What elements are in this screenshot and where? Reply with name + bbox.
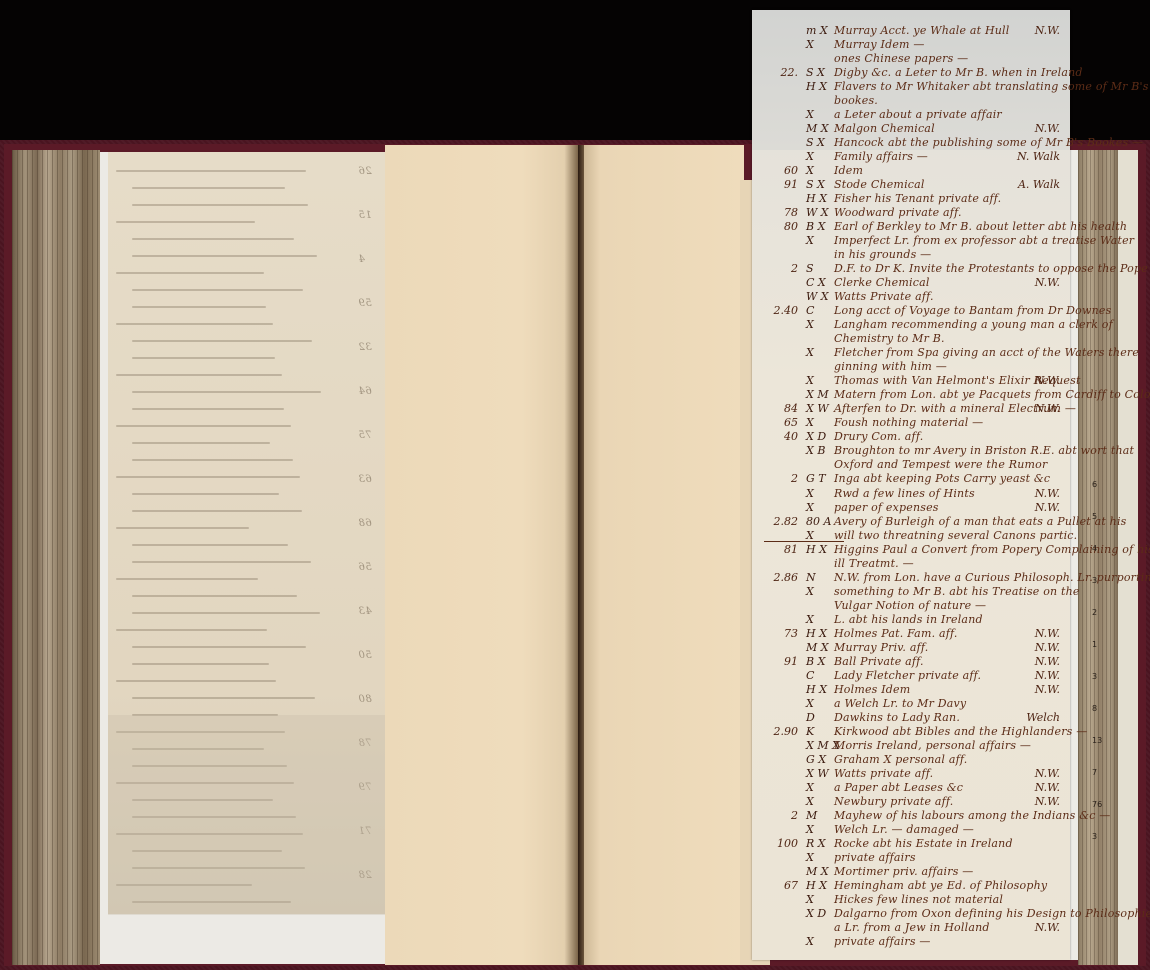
entry-text: D.F. to Dr K. Invite the Protestants to … bbox=[834, 262, 1148, 275]
entry-mark: H X bbox=[806, 543, 832, 556]
entry-mark: W X bbox=[806, 206, 832, 219]
bleed-through-line bbox=[132, 391, 321, 393]
entry-number: 2 bbox=[760, 262, 798, 275]
entry-mark: M X bbox=[806, 122, 832, 135]
bleed-through-line bbox=[132, 459, 293, 461]
entry-text: Newbury private aff. bbox=[834, 795, 953, 808]
left-leaf-lower-overlay bbox=[108, 715, 390, 915]
edge-number: 76 bbox=[1092, 800, 1102, 809]
entry-text: Flavers to Mr Whitaker abt translating s… bbox=[834, 80, 1149, 93]
entry-number: 67 bbox=[760, 879, 798, 892]
bleed-through-margin-number: 63 bbox=[358, 474, 372, 485]
bleed-through-line bbox=[116, 578, 258, 580]
bleed-through-margin-number: 68 bbox=[358, 518, 372, 529]
entry-mark: 80 A bbox=[806, 515, 832, 528]
entry-text: ones Chinese papers — bbox=[834, 52, 968, 65]
entry-text: Murray Acct. ye Whale at Hull bbox=[834, 24, 1010, 37]
entry-text: Stode Chemical bbox=[834, 178, 925, 191]
bleed-through-line bbox=[116, 374, 282, 376]
edge-number: 13 bbox=[1092, 736, 1102, 745]
bleed-through-line bbox=[132, 442, 270, 444]
entry-number: 2 bbox=[760, 809, 798, 822]
entry-text: Watts Private aff. bbox=[834, 290, 934, 303]
bleed-through-line bbox=[132, 646, 306, 648]
entry-text: Higgins Paul a Convert from Popery Compl… bbox=[834, 543, 1150, 556]
entry-text: Rocke abt his Estate in Ireland bbox=[834, 837, 1013, 850]
entry-mark: K bbox=[806, 725, 832, 738]
entry-note: N.W. bbox=[1035, 122, 1060, 135]
entry-mark: X B bbox=[806, 444, 832, 457]
entry-number: 40 bbox=[760, 430, 798, 443]
bleed-through-margin-number: 43 bbox=[358, 606, 372, 617]
entry-text: Ball Private aff. bbox=[834, 655, 924, 668]
entry-text: Fisher his Tenant private aff. bbox=[834, 192, 1001, 205]
entry-note: N.W. bbox=[1035, 501, 1060, 514]
bleed-through-margin-number: 15 bbox=[358, 210, 372, 221]
bleed-through-line bbox=[116, 170, 306, 172]
entry-mark: X bbox=[806, 781, 832, 794]
entry-mark: X bbox=[806, 150, 832, 163]
entry-text: something to Mr B. abt his Treatise on t… bbox=[834, 585, 1080, 598]
entry-text: Vulgar Notion of nature — bbox=[834, 599, 986, 612]
entry-text: Woodward private aff. bbox=[834, 206, 962, 219]
entry-note: N.W. bbox=[1035, 655, 1060, 668]
blank-guard-page-left bbox=[385, 145, 580, 965]
bleed-through-margin-number: 80 bbox=[358, 694, 372, 705]
entry-text: Graham X personal aff. bbox=[834, 753, 967, 766]
entry-number: 91 bbox=[760, 655, 798, 668]
entry-number: 2.82 bbox=[760, 515, 798, 528]
entry-mark: G T bbox=[806, 472, 832, 485]
entry-number: 2 bbox=[760, 472, 798, 485]
entry-number: 2.40 bbox=[760, 304, 798, 317]
entry-mark: X bbox=[806, 487, 832, 500]
edge-number: 4 bbox=[1092, 544, 1097, 553]
entry-mark: X bbox=[806, 108, 832, 121]
entry-note: N.W. bbox=[1035, 795, 1060, 808]
entry-text: Earl of Berkley to Mr B. about letter ab… bbox=[834, 220, 1127, 233]
left-page-block-edge bbox=[12, 150, 100, 965]
entry-text: Holmes Idem bbox=[834, 683, 910, 696]
entry-note: N.W. bbox=[1035, 683, 1060, 696]
entry-mark: X bbox=[806, 893, 832, 906]
entry-mark: X D bbox=[806, 430, 832, 443]
entry-mark: B X bbox=[806, 655, 832, 668]
entry-mark: X bbox=[806, 374, 832, 387]
blank-guard-page-right bbox=[584, 145, 744, 965]
entry-note: N.W. bbox=[1035, 781, 1060, 794]
bleed-through-line bbox=[132, 493, 279, 495]
edge-number: 5 bbox=[1092, 512, 1097, 521]
entry-mark: S X bbox=[806, 66, 832, 79]
entry-note: N.W. bbox=[1035, 669, 1060, 682]
entry-mark: X D bbox=[806, 907, 832, 920]
edge-number: 1 bbox=[1092, 640, 1097, 649]
edge-number: 3 bbox=[1092, 672, 1097, 681]
entry-text: a Welch Lr. to Mr Davy bbox=[834, 697, 966, 710]
entry-text: L. abt his lands in Ireland bbox=[834, 613, 983, 626]
entry-note: N.W. bbox=[1035, 487, 1060, 500]
entry-mark: B X bbox=[806, 220, 832, 233]
entry-note: N.W. bbox=[1035, 627, 1060, 640]
edge-number: 3 bbox=[1092, 832, 1097, 841]
entry-text: Kirkwood abt Bibles and the Highlanders … bbox=[834, 725, 1087, 738]
entry-mark: X bbox=[806, 164, 832, 177]
bleed-through-margin-number: 4 bbox=[358, 254, 365, 265]
entry-mark: H X bbox=[806, 627, 832, 640]
bleed-through-line bbox=[132, 306, 266, 308]
entry-mark: H X bbox=[806, 683, 832, 696]
entry-mark: X bbox=[806, 416, 832, 429]
entry-text: Lady Fletcher private aff. bbox=[834, 669, 981, 682]
entry-text: Family affairs — bbox=[834, 150, 928, 163]
entry-note: N.W. bbox=[1035, 24, 1060, 37]
entry-mark: C bbox=[806, 669, 832, 682]
entry-text: Holmes Pat. Fam. aff. bbox=[834, 627, 958, 640]
entry-text: Malgon Chemical bbox=[834, 122, 935, 135]
entry-text: Idem bbox=[834, 164, 863, 177]
entry-note: N.W. bbox=[1035, 921, 1060, 934]
bleed-through-line bbox=[132, 595, 297, 597]
entry-text: ill Treatmt. — bbox=[834, 557, 914, 570]
entry-mark: S X bbox=[806, 178, 832, 191]
bleed-through-line bbox=[132, 289, 303, 291]
bleed-through-margin-number: 64 bbox=[358, 386, 372, 397]
entry-text: Langham recommending a young man a clerk… bbox=[834, 318, 1113, 331]
entry-note: A. Walk bbox=[1018, 178, 1060, 191]
entry-mark: D bbox=[806, 711, 832, 724]
entry-text: Broughton to mr Avery in Briston R.E. ab… bbox=[834, 444, 1134, 457]
entry-text: private affairs — bbox=[834, 935, 931, 948]
entry-text: Long acct of Voyage to Bantam from Dr Do… bbox=[834, 304, 1111, 317]
entry-mark: X bbox=[806, 935, 832, 948]
entry-note: N.W. bbox=[1035, 402, 1060, 415]
bleed-through-margin-number: 56 bbox=[358, 562, 372, 573]
bleed-through-line bbox=[132, 697, 315, 699]
entry-mark: M X bbox=[806, 865, 832, 878]
entry-text: private affairs bbox=[834, 851, 916, 864]
entry-mark: X M bbox=[806, 388, 832, 401]
bleed-through-line bbox=[132, 544, 288, 546]
entry-number: 81 bbox=[760, 543, 798, 556]
bleed-through-margin-number: 26 bbox=[358, 166, 372, 177]
entry-mark: X bbox=[806, 501, 832, 514]
entry-number: 91 bbox=[760, 178, 798, 191]
entry-text: Matern from Lon. abt ye Pacquets from Ca… bbox=[834, 388, 1150, 401]
entry-text: Fletcher from Spa giving an acct of the … bbox=[834, 346, 1139, 359]
entry-text: bookes. bbox=[834, 94, 878, 107]
bleed-through-line bbox=[132, 187, 285, 189]
entry-mark: X bbox=[806, 823, 832, 836]
entry-note: N.W. bbox=[1035, 374, 1060, 387]
entry-text: a Lr. from a Jew in Holland bbox=[834, 921, 990, 934]
entry-text: Murray Idem — bbox=[834, 38, 925, 51]
entry-mark: X bbox=[806, 795, 832, 808]
entry-text: Hancock abt the publishing some of Mr B'… bbox=[834, 136, 1143, 149]
entry-mark: X bbox=[806, 318, 832, 331]
bleed-through-line bbox=[132, 238, 294, 240]
entry-text: Avery of Burleigh of a man that eats a P… bbox=[834, 515, 1127, 528]
bleed-through-line bbox=[116, 272, 264, 274]
entry-text: Chemistry to Mr B. bbox=[834, 332, 945, 345]
entry-mark: S X bbox=[806, 136, 832, 149]
bleed-through-margin-number: 32 bbox=[358, 342, 372, 353]
entry-number: 80 bbox=[760, 220, 798, 233]
bleed-through-line bbox=[116, 527, 249, 529]
entry-text: a Leter about a private affair bbox=[834, 108, 1002, 121]
entry-mark: M X bbox=[806, 641, 832, 654]
entry-text: ginning with him — bbox=[834, 360, 947, 373]
entry-note: Welch bbox=[1026, 711, 1060, 724]
entry-note: N.W. bbox=[1035, 767, 1060, 780]
bleed-through-line bbox=[116, 476, 300, 478]
entry-mark: W X bbox=[806, 290, 832, 303]
bleed-through-line bbox=[116, 323, 273, 325]
entry-mark: H X bbox=[806, 192, 832, 205]
entry-text: Morris Ireland, personal affairs — bbox=[834, 739, 1031, 752]
entry-number: 22. bbox=[760, 66, 798, 79]
entry-text: a Paper abt Leases &c bbox=[834, 781, 963, 794]
entry-text: Dawkins to Lady Ran. bbox=[834, 711, 960, 724]
entry-text: Dalgarno from Oxon defining his Design t… bbox=[834, 907, 1150, 920]
bleed-through-margin-number: 75 bbox=[358, 430, 372, 441]
entry-mark: X W bbox=[806, 402, 832, 415]
entry-mark: X bbox=[806, 585, 832, 598]
bleed-through-margin-number: 59 bbox=[358, 298, 372, 309]
entry-text: in his grounds — bbox=[834, 248, 931, 261]
bleed-through-line bbox=[132, 255, 317, 257]
entry-text: Watts private aff. bbox=[834, 767, 933, 780]
entry-note: N. Walk bbox=[1017, 150, 1060, 163]
entry-mark: R X bbox=[806, 837, 832, 850]
edge-number: 8 bbox=[1092, 704, 1097, 713]
entry-text: N.W. from Lon. have a Curious Philosoph.… bbox=[834, 571, 1150, 584]
entry-text: Welch Lr. — damaged — bbox=[834, 823, 974, 836]
bleed-through-line bbox=[116, 629, 267, 631]
entry-number: 73 bbox=[760, 627, 798, 640]
entry-number: 60 bbox=[760, 164, 798, 177]
entry-mark: X bbox=[806, 346, 832, 359]
entry-mark: X W bbox=[806, 767, 832, 780]
entry-mark: X bbox=[806, 234, 832, 247]
entry-number: 2.86 bbox=[760, 571, 798, 584]
entry-text: Hemingham abt ye Ed. of Philosophy bbox=[834, 879, 1047, 892]
entry-text: Foush nothing material — bbox=[834, 416, 983, 429]
entry-mark: X bbox=[806, 38, 832, 51]
manuscript-entry: Xprivate affairs — bbox=[760, 935, 1060, 955]
entry-mark: X bbox=[806, 851, 832, 864]
entry-mark: C bbox=[806, 304, 832, 317]
entry-text: Mortimer priv. affairs — bbox=[834, 865, 973, 878]
edge-number: 6 bbox=[1092, 480, 1097, 489]
entry-number: 65 bbox=[760, 416, 798, 429]
entry-mark: m X bbox=[806, 24, 832, 37]
entry-mark: M bbox=[806, 809, 832, 822]
entry-mark: G X bbox=[806, 753, 832, 766]
entry-mark: X bbox=[806, 613, 832, 626]
entry-mark: H X bbox=[806, 879, 832, 892]
edge-number: 2 bbox=[1092, 608, 1097, 617]
entry-note: N.W. bbox=[1035, 276, 1060, 289]
entry-note: N.W. bbox=[1035, 641, 1060, 654]
entry-number: 84 bbox=[760, 402, 798, 415]
bleed-through-line bbox=[132, 357, 275, 359]
entry-text: Rwd a few lines of Hints bbox=[834, 487, 975, 500]
bleed-through-line bbox=[132, 204, 308, 206]
ink-rule bbox=[764, 541, 844, 542]
bleed-through-line bbox=[116, 680, 276, 682]
entry-number: 100 bbox=[760, 837, 798, 850]
entry-text: Inga abt keeping Pots Carry yeast &c bbox=[834, 472, 1050, 485]
bleed-through-line bbox=[132, 612, 320, 614]
bleed-through-line bbox=[116, 221, 255, 223]
entry-number: 78 bbox=[760, 206, 798, 219]
edge-number: 3 bbox=[1092, 576, 1097, 585]
entry-text: Drury Com. aff. bbox=[834, 430, 923, 443]
entry-text: Clerke Chemical bbox=[834, 276, 930, 289]
bleed-through-line bbox=[116, 425, 291, 427]
entry-text: Oxford and Tempest were the Rumor bbox=[834, 458, 1047, 471]
entry-text: Murray Priv. aff. bbox=[834, 641, 928, 654]
bleed-through-line bbox=[132, 340, 312, 342]
entry-mark: N bbox=[806, 571, 832, 584]
entry-text: will two threatning several Canons parti… bbox=[834, 529, 1077, 542]
edge-number: 7 bbox=[1092, 768, 1097, 777]
bleed-through-line bbox=[132, 408, 284, 410]
entry-mark: X M X bbox=[806, 739, 832, 752]
entry-mark: S bbox=[806, 262, 832, 275]
bleed-through-margin-number: 50 bbox=[358, 650, 372, 661]
bleed-through-line bbox=[132, 510, 302, 512]
entry-text: Digby &c. a Leter to Mr B. when in Irela… bbox=[834, 66, 1083, 79]
entry-mark: C X bbox=[806, 276, 832, 289]
entry-text: paper of expenses bbox=[834, 501, 939, 514]
bleed-through-line bbox=[132, 561, 311, 563]
entry-text: Mayhew of his labours among the Indians … bbox=[834, 809, 1110, 822]
entry-mark: H X bbox=[806, 80, 832, 93]
entry-text: Imperfect Lr. from ex professor abt a tr… bbox=[834, 234, 1134, 247]
bleed-through-line bbox=[132, 663, 269, 665]
entry-mark: X bbox=[806, 697, 832, 710]
entry-text: Hickes few lines not material bbox=[834, 893, 1003, 906]
entry-number: 2.90 bbox=[760, 725, 798, 738]
